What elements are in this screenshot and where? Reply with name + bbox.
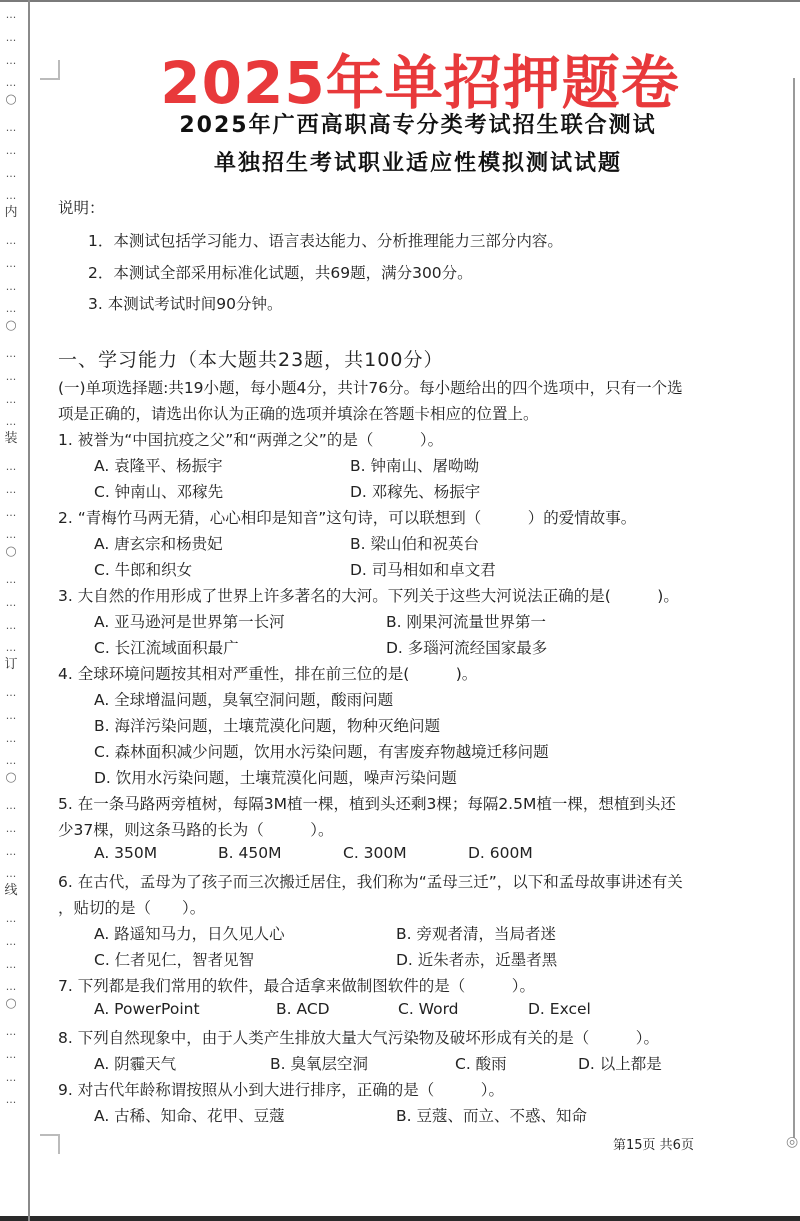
crop-mark (40, 1134, 60, 1154)
option: C. 钟南山、邓稼先 (94, 480, 223, 502)
option: B. 旁观者清，当局者迷 (396, 922, 556, 944)
binding-hole-icon: ○ (2, 772, 20, 784)
option: A. 全球增温问题，臭氧空洞问题，酸雨问题 (94, 688, 393, 710)
option: A. 亚马逊河是世界第一长河 (94, 610, 285, 632)
option: C. 酸雨 (455, 1052, 507, 1074)
dots: ··· (2, 193, 20, 205)
dots: ··· (2, 600, 20, 612)
dots: ··· (2, 306, 20, 318)
option: D. 邓稼先、杨振宇 (350, 480, 480, 502)
dots: ··· (2, 351, 20, 363)
margin-label-ding: 订 (2, 659, 20, 671)
margin-label-xian: 线 (2, 885, 20, 897)
question-stem: 8. 下列自然现象中，由于人类产生排放大量大气污染物及破坏形成有关的是（ ）。 (58, 1026, 659, 1048)
dots: ··· (2, 984, 20, 996)
subtitle-line-1: 2025年广西高职高专分类考试招生联合测试 (18, 108, 800, 139)
dots: ··· (2, 419, 20, 431)
binding-hole-icon: ○ (2, 320, 20, 332)
dots: ··· (2, 1097, 20, 1109)
question-stem: 9. 对古代年龄称谓按照从小到大进行排序，正确的是（ ）。 (58, 1078, 504, 1100)
option: B. 刚果河流量世界第一 (386, 610, 546, 632)
option: D. Excel (528, 1000, 591, 1018)
dots: ··· (2, 690, 20, 702)
instructions-heading: 说明： (58, 196, 105, 218)
dots: ··· (2, 261, 20, 273)
question-stem: 3. 大自然的作用形成了世界上许多著名的大河。下列关于这些大河说法正确的是( )… (58, 584, 679, 606)
instruction-item: 3. 本测试考试时间90分钟。 (88, 292, 282, 314)
dots: ··· (2, 645, 20, 657)
option: A. PowerPoint (94, 1000, 200, 1018)
option: B. 豆蔻、而立、不惑、知命 (396, 1104, 587, 1126)
dots: ··· (2, 916, 20, 928)
bottom-border (0, 1216, 800, 1221)
option: C. Word (398, 1000, 459, 1018)
option: C. 300M (343, 844, 407, 862)
margin-label-zhuang: 装 (2, 433, 20, 445)
binding-line (28, 0, 30, 1221)
binding-hole-icon: ○ (2, 998, 20, 1010)
dots: ··· (2, 238, 20, 250)
subtitle-line-2: 单独招生考试职业适应性模拟测试试题 (18, 146, 800, 177)
binding-hole-icon: ○ (2, 546, 20, 558)
dots: ··· (2, 1075, 20, 1087)
option: A. 袁隆平、杨振宇 (94, 454, 223, 476)
right-rule (793, 78, 795, 1138)
dots: ··· (2, 623, 20, 635)
dots: ··· (2, 758, 20, 770)
option: D. 600M (468, 844, 533, 862)
dots: ··· (2, 1029, 20, 1041)
dots: ··· (2, 487, 20, 499)
section-desc: 项是正确的，请选出你认为正确的选项并填涂在答题卡相应的位置上。 (58, 402, 539, 424)
margin-label-nei: 内 (2, 207, 20, 219)
option: A. 唐玄宗和杨贵妃 (94, 532, 223, 554)
question-stem: 7. 下列都是我们常用的软件，最合适拿来做制图软件的是（ ）。 (58, 974, 535, 996)
dots: ··· (2, 849, 20, 861)
section-desc: (一)单项选择题:共19小题，每小题4分，共计76分。每小题给出的四个选项中，只… (58, 376, 683, 398)
question-stem: 2. “青梅竹马两无猜，心心相印是知音”这句诗，可以联想到（ ）的爱情故事。 (58, 506, 636, 528)
dots: ··· (2, 1052, 20, 1064)
page-number: 第15页 共6页 (613, 1134, 694, 1153)
dots: ··· (2, 12, 20, 24)
dots: ··· (2, 577, 20, 589)
option: C. 仁者见仁，智者见智 (94, 948, 254, 970)
dots: ··· (2, 374, 20, 386)
option: D. 以上都是 (578, 1052, 662, 1074)
question-stem: 1. 被誉为“中国抗疫之父”和“两弹之父”的是（ ）。 (58, 428, 443, 450)
option: B. ACD (276, 1000, 330, 1018)
dots: ··· (2, 803, 20, 815)
question-stem: 6. 在古代，孟母为了孩子而三次搬迁居住，我们称为“孟母三迁”，以下和孟母故事讲… (58, 870, 683, 892)
dots: ··· (2, 826, 20, 838)
option: A. 阴霾天气 (94, 1052, 176, 1074)
instruction-item: 2．本测试全部采用标准化试题，共69题，满分300分。 (88, 261, 473, 283)
option: C. 森林面积减少问题，饮用水污染问题，有害废弃物越境迁移问题 (94, 740, 549, 762)
question-stem-cont: 少37棵，则这条马路的长为（ ）。 (58, 818, 333, 840)
question-stem: 5. 在一条马路两旁植树，每隔3M植一棵，植到头还剩3棵；每隔2.5M植一棵，想… (58, 792, 676, 814)
binding-margin: ··· ··· ··· ··· ○ ··· ··· ··· ··· 内 ··· … (0, 0, 28, 1221)
end-circle-icon: ◎ (786, 1134, 798, 1150)
option: B. 450M (218, 844, 281, 862)
option: D. 饮用水污染问题，土壤荒漠化问题，噪声污染问题 (94, 766, 457, 788)
option: D. 司马相如和卓文君 (350, 558, 496, 580)
option: C. 长江流域面积最广 (94, 636, 239, 658)
question-stem-cont: ，贴切的是（ ）。 (58, 896, 205, 918)
dots: ··· (2, 284, 20, 296)
option: B. 钟南山、屠呦呦 (350, 454, 479, 476)
option: D. 近朱者赤，近墨者黑 (396, 948, 557, 970)
option: A. 古稀、知命、花甲、豆蔻 (94, 1104, 285, 1126)
option: B. 梁山伯和祝英台 (350, 532, 479, 554)
question-stem: 4. 全球环境问题按其相对严重性，排在前三位的是( )。 (58, 662, 477, 684)
dots: ··· (2, 510, 20, 522)
dots: ··· (2, 35, 20, 47)
option: A. 路遥知马力，日久见人心 (94, 922, 285, 944)
option: B. 海洋污染问题，土壤荒漠化问题，物种灭绝问题 (94, 714, 440, 736)
section-title: 一、学习能力（本大题共23题，共100分） (58, 345, 443, 372)
dots: ··· (2, 871, 20, 883)
dots: ··· (2, 962, 20, 974)
top-border (0, 0, 800, 2)
dots: ··· (2, 397, 20, 409)
option: A. 350M (94, 844, 157, 862)
dots: ··· (2, 532, 20, 544)
instruction-item: 1．本测试包括学习能力、语言表达能力、分析推理能力三部分内容。 (88, 229, 563, 251)
dots: ··· (2, 713, 20, 725)
dots: ··· (2, 736, 20, 748)
dots: ··· (2, 464, 20, 476)
option: C. 牛郎和织女 (94, 558, 192, 580)
dots: ··· (2, 939, 20, 951)
option: B. 臭氧层空洞 (270, 1052, 368, 1074)
option: D. 多瑙河流经国家最多 (386, 636, 547, 658)
